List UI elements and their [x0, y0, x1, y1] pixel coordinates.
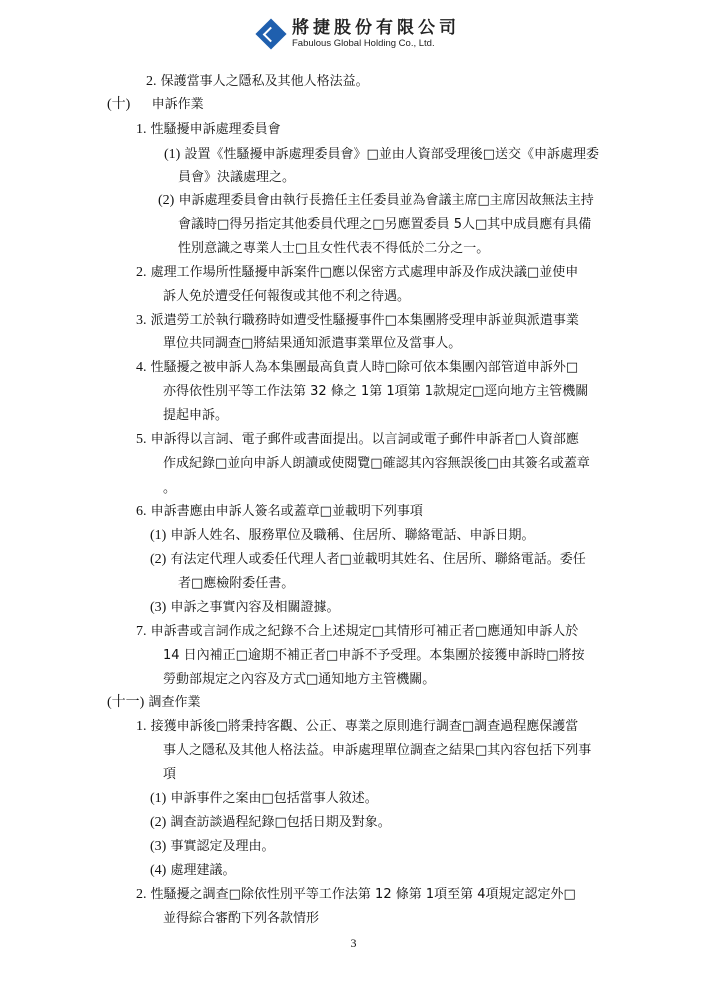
document-line: 5. 申訴得以言詞、電子郵件或書面提出。以言詞或電子郵件申訴者□人資部應	[136, 431, 579, 449]
document-line: 訴人免於遭受任何報復或其他不利之待遇。	[163, 288, 410, 306]
line-text: 會議時□得另指定其他委員代理之□另應置委員 5人□其中成員應有具備	[178, 217, 591, 232]
line-text: 事人之隱私及其他人格法益。申訴處理單位調查之結果□其內容包括下列事	[163, 743, 591, 758]
document-line: 14 日內補正□逾期不補正者□申訴不予受理。本集團於接獲申訴時□將按	[163, 647, 585, 665]
line-text: 提起申訴。	[163, 408, 228, 423]
list-marker: 2.	[136, 265, 147, 280]
list-marker: (1)	[164, 147, 180, 162]
line-text: 亦得依性別平等工作法第 32 條之 1第 1項第 1款規定□逕向地方主管機關	[163, 384, 588, 399]
document-line: (2) 有法定代理人或委任代理人者□並載明其姓名、住居所、聯絡電話。委任	[150, 551, 586, 569]
list-marker: 1.	[136, 719, 147, 734]
document-line: 3. 派遣勞工於執行職務時如遭受性騷擾事件□本集團將受理申訴並與派遣事業	[136, 312, 579, 330]
list-marker: 4.	[136, 360, 147, 375]
line-text: 事實認定及理由。	[170, 839, 274, 854]
line-text: 有法定代理人或委任代理人者□並載明其姓名、住居所、聯絡電話。委任	[170, 552, 585, 567]
document-line: 並得綜合審酌下列各款情形	[163, 910, 319, 928]
list-marker: 3.	[136, 313, 147, 328]
line-text: 性騷擾之調查□除依性別平等工作法第 12 條第 1項至第 4項規定認定外□	[151, 887, 576, 902]
document-line: (3) 申訴之事實內容及相關證據。	[150, 599, 339, 617]
document-line: 者□應檢附委任書。	[178, 575, 294, 593]
line-text: 單位共同調查□將結果通知派遣事業單位及當事人。	[163, 336, 461, 351]
line-text: 14 日內補正□逾期不補正者□申訴不予受理。本集團於接獲申訴時□將按	[163, 648, 585, 663]
document-line: (2) 調查訪談過程紀錄□包括日期及對象。	[150, 814, 391, 832]
list-marker: (十)	[107, 97, 130, 112]
list-marker: (4)	[150, 863, 166, 878]
line-text: 者□應檢附委任書。	[178, 576, 294, 591]
line-text: 申訴人姓名、服務單位及職稱、住居所、聯絡電話、申訴日期。	[170, 528, 534, 543]
line-text: 處理工作場所性騷擾申訴案件□應以保密方式處理申訴及作成決議□並使申	[151, 265, 579, 280]
line-text: 派遣勞工於執行職務時如遭受性騷擾事件□本集團將受理申訴並與派遣事業	[151, 313, 579, 328]
document-line: 亦得依性別平等工作法第 32 條之 1第 1項第 1款規定□逕向地方主管機關	[163, 383, 588, 401]
document-line: (1) 申訴事件之案由□包括當事人敘述。	[150, 790, 378, 808]
document-line: 2. 保護當事人之隱私及其他人格法益。	[146, 73, 369, 91]
list-marker: (2)	[158, 193, 174, 208]
line-text: 保護當事人之隱私及其他人格法益。	[161, 74, 369, 89]
document-line: 項	[163, 766, 176, 784]
company-header: 將捷股份有限公司 Fabulous Global Holding Co., Lt…	[256, 16, 460, 52]
line-text: 性騷擾申訴處理委員會	[151, 122, 281, 137]
line-text: 性別意識之專業人士□且女性代表不得低於二分之一。	[178, 241, 489, 256]
document-line: 6. 申訴書應由申訴人簽名或蓋章□並載明下列事項	[136, 503, 423, 521]
line-text: 項	[163, 767, 176, 782]
document-line: (3) 事實認定及理由。	[150, 838, 274, 856]
list-marker: (3)	[150, 600, 166, 615]
line-text: 調查作業	[148, 695, 200, 710]
line-text: 申訴書應由申訴人簽名或蓋章□並載明下列事項	[151, 504, 423, 519]
list-marker: 7.	[136, 624, 147, 639]
company-name-cn: 將捷股份有限公司	[292, 18, 460, 38]
document-line: 2. 處理工作場所性騷擾申訴案件□應以保密方式處理申訴及作成決議□並使申	[136, 264, 578, 282]
line-text: 勞動部規定之內容及方式□通知地方主管機關。	[163, 672, 435, 687]
list-marker: (1)	[150, 791, 166, 806]
page-number: 3	[0, 936, 707, 951]
list-marker: (3)	[150, 839, 166, 854]
line-text: 並得綜合審酌下列各款情形	[163, 911, 319, 926]
document-line: (1) 申訴人姓名、服務單位及職稱、住居所、聯絡電話、申訴日期。	[150, 527, 534, 545]
line-text: 申訴事件之案由□包括當事人敘述。	[170, 791, 377, 806]
document-line: 勞動部規定之內容及方式□通知地方主管機關。	[163, 671, 435, 689]
line-text: 。	[163, 481, 176, 496]
document-line: (十一) 調查作業	[107, 694, 200, 712]
list-marker: 2.	[146, 74, 157, 89]
list-marker: (1)	[150, 528, 166, 543]
document-line: 2. 性騷擾之調查□除依性別平等工作法第 12 條第 1項至第 4項規定認定外□	[136, 886, 576, 904]
document-line: 性別意識之專業人士□且女性代表不得低於二分之一。	[178, 240, 489, 258]
line-text: 申訴作業	[134, 97, 203, 112]
document-line: (2) 申訴處理委員會由執行長擔任主任委員並為會議主席□主席因故無法主持	[158, 192, 594, 210]
list-marker: (2)	[150, 815, 166, 830]
document-line: 事人之隱私及其他人格法益。申訴處理單位調查之結果□其內容包括下列事	[163, 742, 591, 760]
line-text: 申訴得以言詞、電子郵件或書面提出。以言詞或電子郵件申訴者□人資部應	[151, 432, 579, 447]
line-text: 訴人免於遭受任何報復或其他不利之待遇。	[163, 289, 410, 304]
document-line: (1) 設置《性騷擾申訴處理委員會》□並由人資部受理後□送交《申訴處理委	[164, 146, 599, 164]
list-marker: (十一)	[107, 695, 144, 710]
line-text: 作成紀錄□並向申訴人朗讀或使閱覽□確認其內容無誤後□由其簽名或蓋章	[163, 456, 590, 471]
document-line: 作成紀錄□並向申訴人朗讀或使閱覽□確認其內容無誤後□由其簽名或蓋章	[163, 455, 590, 473]
list-marker: 6.	[136, 504, 147, 519]
document-line: (十) 申訴作業	[107, 96, 204, 114]
line-text: 申訴書或言詞作成之紀錄不合上述規定□其情形可補正者□應通知申訴人於	[151, 624, 579, 639]
line-text: 性騷擾之被申訴人為本集團最高負責人時□除可依本集團內部管道申訴外□	[151, 360, 579, 375]
list-marker: 1.	[136, 122, 147, 137]
company-logo-icon	[256, 19, 286, 49]
document-line: 7. 申訴書或言詞作成之紀錄不合上述規定□其情形可補正者□應通知申訴人於	[136, 623, 578, 641]
document-line: 提起申訴。	[163, 407, 228, 425]
document-line: 單位共同調查□將結果通知派遣事業單位及當事人。	[163, 335, 461, 353]
document-line: 。	[163, 480, 176, 498]
list-marker: 5.	[136, 432, 147, 447]
company-name-en: Fabulous Global Holding Co., Ltd.	[292, 38, 460, 50]
document-line: 4. 性騷擾之被申訴人為本集團最高負責人時□除可依本集團內部管道申訴外□	[136, 359, 578, 377]
document-line: 員會》決議處理之。	[178, 169, 295, 187]
document-line: (4) 處理建議。	[150, 862, 235, 880]
line-text: 申訴處理委員會由執行長擔任主任委員並為會議主席□主席因故無法主持	[178, 193, 593, 208]
line-text: 調查訪談過程紀錄□包括日期及對象。	[170, 815, 390, 830]
line-text: 申訴之事實內容及相關證據。	[170, 600, 339, 615]
document-line: 會議時□得另指定其他委員代理之□另應置委員 5人□其中成員應有具備	[178, 216, 591, 234]
document-line: 1. 性騷擾申訴處理委員會	[136, 121, 281, 139]
line-text: 接獲申訴後□將秉持客觀、公正、專業之原則進行調查□調查過程應保護當	[151, 719, 579, 734]
line-text: 設置《性騷擾申訴處理委員會》□並由人資部受理後□送交《申訴處理委	[184, 147, 599, 162]
list-marker: 2.	[136, 887, 147, 902]
line-text: 員會》決議處理之。	[178, 170, 295, 185]
document-line: 1. 接獲申訴後□將秉持客觀、公正、專業之原則進行調查□調查過程應保護當	[136, 718, 578, 736]
line-text: 處理建議。	[170, 863, 235, 878]
list-marker: (2)	[150, 552, 166, 567]
